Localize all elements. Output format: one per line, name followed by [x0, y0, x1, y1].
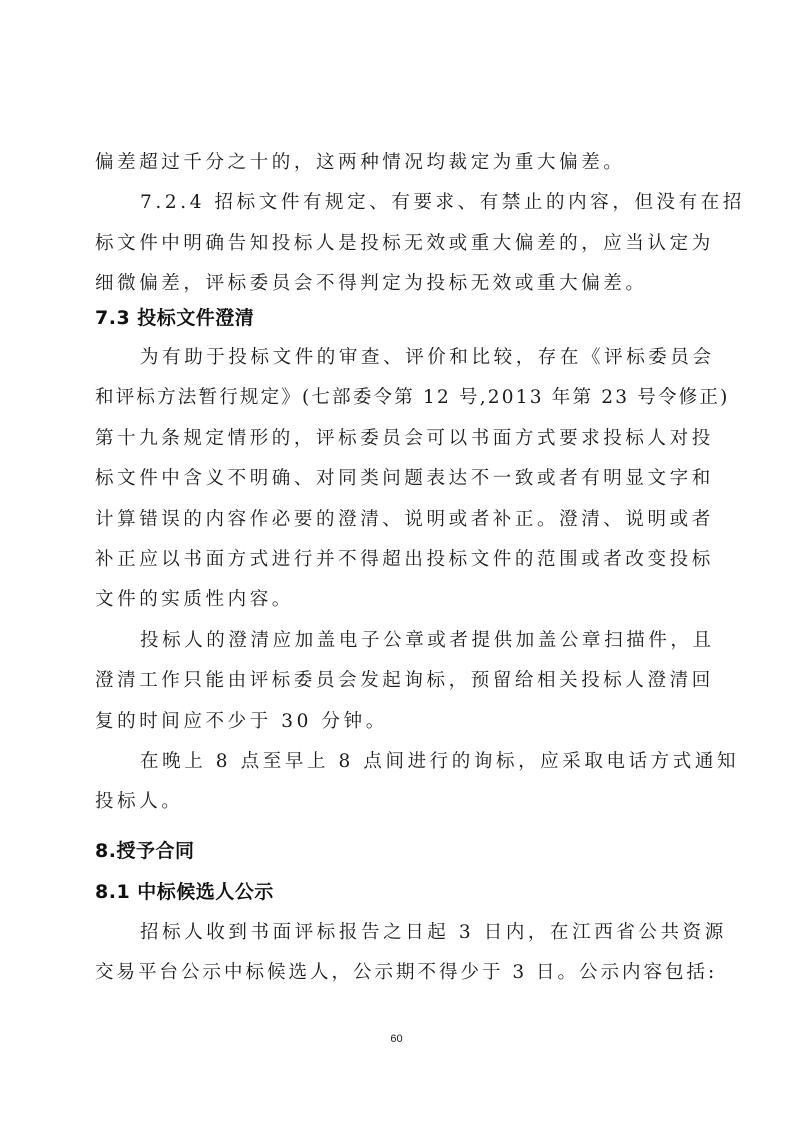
page-number: 60: [0, 1033, 793, 1045]
paragraph-line: 细微偏差，评标委员会不得判定为投标无效或重大偏差。: [95, 272, 705, 296]
paragraph-line: 补正应以书面方式进行并不得超出投标文件的范围或者改变投标: [95, 548, 705, 572]
paragraph-line: 偏差超过千分之十的，这两种情况均裁定为重大偏差。: [95, 151, 705, 175]
document-page: 偏差超过千分之十的，这两种情况均裁定为重大偏差。 7.2.4 招标文件有规定、有…: [0, 0, 793, 1122]
paragraph-line: 交易平台公示中标候选人，公示期不得少于 3 日。公示内容包括:: [95, 961, 705, 985]
paragraph-line: 计算错误的内容作必要的澄清、说明或者补正。澄清、说明或者: [95, 508, 705, 532]
clause-7-2-4-line: 7.2.4 招标文件有规定、有要求、有禁止的内容，但没有在招: [140, 191, 750, 215]
paragraph-line: 文件的实质性内容。: [95, 588, 705, 612]
paragraph-line: 在晚上 8 点至早上 8 点间进行的询标，应采取电话方式通知: [140, 750, 750, 774]
paragraph-line: 招标人收到书面评标报告之日起 3 日内，在江西省公共资源: [140, 921, 750, 945]
section-heading-8-1: 8.1 中标候选人公示: [95, 880, 274, 904]
paragraph-line: 标文件中含义不明确、对同类问题表达不一致或者有明显文字和: [95, 467, 705, 491]
paragraph-line: 为有助于投标文件的审查、评价和比较，存在《评标委员会: [140, 346, 750, 370]
paragraph-line: 标文件中明确告知投标人是投标无效或重大偏差的，应当认定为: [95, 232, 705, 256]
section-heading-8: 8.授予合同: [95, 839, 194, 863]
paragraph-line: 澄清工作只能由评标委员会发起询标，预留给相关投标人澄清回: [95, 669, 705, 693]
paragraph-line: 投标人。: [95, 790, 705, 814]
section-heading-7-3: 7.3 投标文件澄清: [95, 306, 254, 330]
paragraph-line: 和评标方法暂行规定》(七部委令第 12 号,2013 年第 23 号令修正): [95, 386, 705, 410]
paragraph-line: 复的时间应不少于 30 分钟。: [95, 710, 705, 734]
paragraph-line: 第十九条规定情形的，评标委员会可以书面方式要求投标人对投: [95, 427, 705, 451]
paragraph-line: 投标人的澄清应加盖电子公章或者提供加盖公章扫描件，且: [140, 629, 750, 653]
